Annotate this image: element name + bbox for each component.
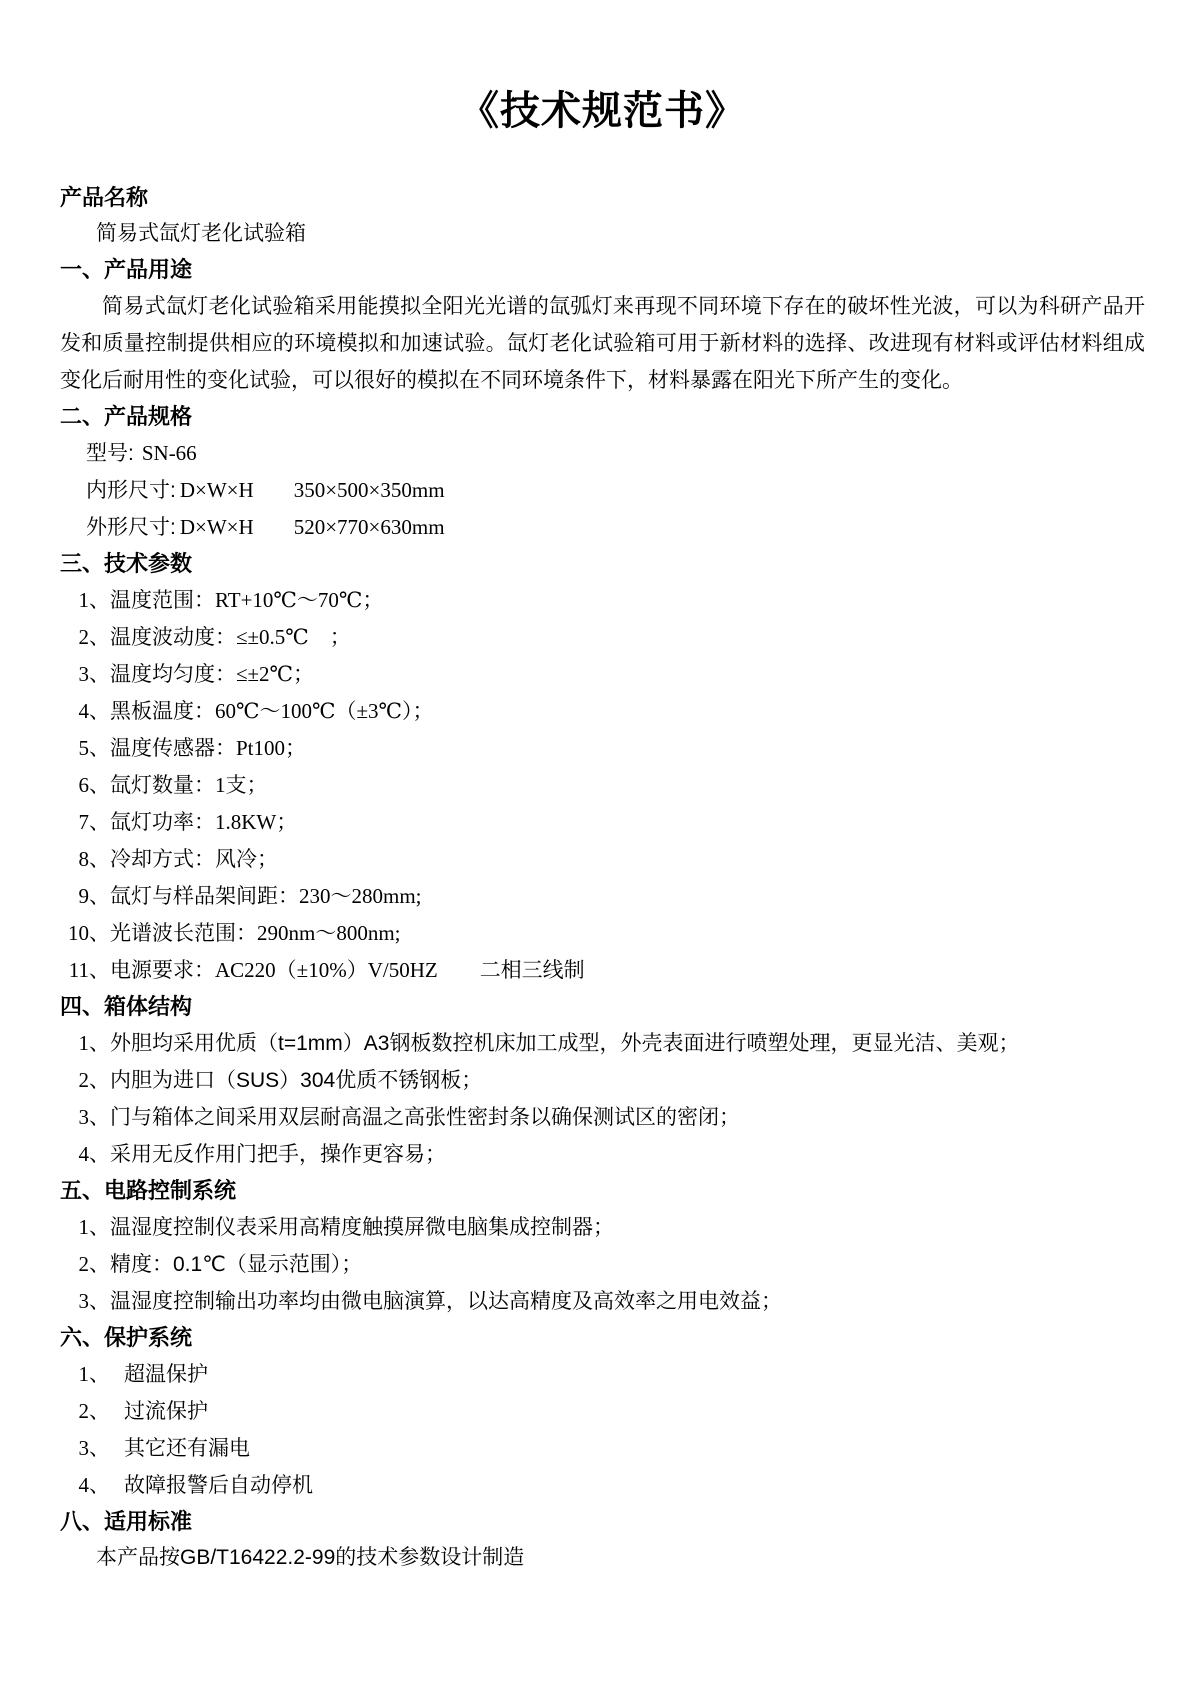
item-text: 精度：0.1℃（显示范围）； [110, 1253, 362, 1276]
item-label: 光谱波长范围： [110, 922, 257, 945]
control-item: 1、温湿度控制仪表采用高精度触摸屏微电脑集成控制器； [60, 1209, 1145, 1246]
item-number: 4、 [60, 693, 110, 729]
item-number: 1、 [60, 582, 110, 618]
item-value: AC220（±10%）V/50HZ [215, 958, 438, 982]
tech-item: 1、温度范围：RT+10℃～70℃； [60, 582, 1145, 619]
spec-inner-dim: D×W×H [180, 478, 254, 502]
spec-outer-label: 外形尺寸: [86, 516, 176, 539]
item-number: 3、 [60, 1430, 110, 1466]
item-value: Pt100； [236, 736, 306, 760]
item-text: 内胆为进口（SUS）304优质不锈钢板； [110, 1069, 482, 1092]
spec-model-value: SN-66 [142, 441, 197, 465]
structure-item: 3、门与箱体之间采用双层耐高温之高张性密封条以确保测试区的密闭； [60, 1099, 1145, 1136]
item-number: 2、 [60, 619, 110, 655]
spec-outer-value: 520×770×630mm [294, 515, 445, 539]
item-number: 2、 [60, 1246, 110, 1282]
product-name-value: 简易式氙灯老化试验箱 [60, 216, 1145, 252]
item-value: 1支； [215, 773, 268, 797]
spec-outer-row: 外形尺寸:D×W×H520×770×630mm [60, 509, 1145, 546]
item-number: 3、 [60, 656, 110, 692]
item-text: 温湿度控制输出功率均由微电脑演算，以达高精度及高效率之用电效益； [110, 1290, 782, 1313]
spec-outer-dim: D×W×H [180, 515, 254, 539]
section-standard-heading: 八、适用标准 [60, 1504, 1145, 1540]
item-label: 温度均匀度： [110, 663, 236, 686]
item-value: ≤±0.5℃ ； [236, 625, 351, 649]
tech-item: 11、电源要求：AC220（±10%）V/50HZ二相三线制 [60, 952, 1145, 989]
item-value: 230～280mm; [299, 884, 422, 908]
item-label: 氙灯功率： [110, 811, 215, 834]
tech-item: 10、光谱波长范围：290nm～800nm; [60, 915, 1145, 952]
standard-paragraph: 本产品按GB/T16422.2-99的技术参数设计制造 [60, 1540, 1145, 1576]
section-specs-heading: 二、产品规格 [60, 399, 1145, 435]
item-number: 3、 [60, 1099, 110, 1135]
tech-item: 5、温度传感器：Pt100； [60, 730, 1145, 767]
spec-inner-value: 350×500×350mm [294, 478, 445, 502]
tech-item: 9、氙灯与样品架间距：230～280mm; [60, 878, 1145, 915]
tech-item: 6、氙灯数量：1支； [60, 767, 1145, 804]
item-number: 8、 [60, 841, 110, 877]
document-page: 《技术规范书》 产品名称 简易式氙灯老化试验箱 一、产品用途 简易式氙灯老化试验… [0, 0, 1200, 1576]
item-label: 电源要求： [110, 959, 215, 982]
item-number: 1、 [60, 1209, 110, 1245]
item-label: 温度传感器： [110, 737, 236, 760]
section-protection-heading: 六、保护系统 [60, 1320, 1145, 1356]
structure-item: 2、内胆为进口（SUS）304优质不锈钢板； [60, 1062, 1145, 1099]
item-number: 4、 [60, 1136, 110, 1172]
section-tech-heading: 三、技术参数 [60, 546, 1145, 582]
spec-model-row: 型号:SN-66 [60, 435, 1145, 472]
item-text: 故障报警后自动停机 [124, 1474, 313, 1497]
structure-item: 4、采用无反作用门把手，操作更容易； [60, 1136, 1145, 1173]
item-label: 冷却方式： [110, 848, 215, 871]
item-suffix: 二相三线制 [480, 959, 585, 982]
section-structure-heading: 四、箱体结构 [60, 989, 1145, 1025]
item-text: 过流保护 [124, 1400, 208, 1423]
spec-model-label: 型号: [86, 442, 134, 465]
spec-inner-row: 内形尺寸:D×W×H350×500×350mm [60, 472, 1145, 509]
item-number: 6、 [60, 767, 110, 803]
item-text: 超温保护 [124, 1363, 208, 1386]
tech-item: 2、温度波动度：≤±0.5℃ ； [60, 619, 1145, 656]
section-control-heading: 五、电路控制系统 [60, 1173, 1145, 1209]
tech-item: 4、黑板温度：60℃～100℃（±3℃）； [60, 693, 1145, 730]
item-value: RT+10℃～70℃； [215, 588, 383, 612]
section-usage-heading: 一、产品用途 [60, 252, 1145, 288]
protection-item: 3、其它还有漏电 [60, 1430, 1145, 1467]
item-value: 290nm～800nm; [257, 921, 401, 945]
item-label: 氙灯数量： [110, 774, 215, 797]
control-item: 3、温湿度控制输出功率均由微电脑演算，以达高精度及高效率之用电效益； [60, 1283, 1145, 1320]
item-label: 温度范围： [110, 589, 215, 612]
item-text: 采用无反作用门把手，操作更容易； [110, 1143, 446, 1166]
item-number: 5、 [60, 730, 110, 766]
item-text: 外胆均采用优质（t=1mm）A3钢板数控机床加工成型，外壳表面进行喷塑处理，更显… [110, 1032, 1019, 1055]
usage-paragraph: 简易式氙灯老化试验箱采用能摸拟全阳光光谱的氙弧灯来再现不同环境下存在的破坏性光波… [60, 288, 1145, 399]
item-number: 2、 [60, 1393, 110, 1429]
item-number: 9、 [60, 878, 110, 914]
tech-item: 7、氙灯功率：1.8KW； [60, 804, 1145, 841]
item-number: 2、 [60, 1062, 110, 1098]
item-value: ≤±2℃； [236, 662, 314, 686]
item-label: 氙灯与样品架间距： [110, 885, 299, 908]
item-number: 10、 [60, 915, 110, 951]
control-item: 2、精度：0.1℃（显示范围）； [60, 1246, 1145, 1283]
item-text: 其它还有漏电 [124, 1437, 250, 1460]
doc-title: 《技术规范书》 [60, 86, 1145, 136]
protection-item: 2、过流保护 [60, 1393, 1145, 1430]
item-label: 温度波动度： [110, 626, 236, 649]
item-text: 温湿度控制仪表采用高精度触摸屏微电脑集成控制器； [110, 1216, 614, 1239]
spec-inner-label: 内形尺寸: [86, 479, 176, 502]
item-label: 黑板温度： [110, 700, 215, 723]
product-name-heading: 产品名称 [60, 180, 1145, 216]
item-number: 7、 [60, 804, 110, 840]
item-number: 3、 [60, 1283, 110, 1319]
protection-item: 4、故障报警后自动停机 [60, 1467, 1145, 1504]
structure-item: 1、外胆均采用优质（t=1mm）A3钢板数控机床加工成型，外壳表面进行喷塑处理，… [60, 1025, 1145, 1062]
item-number: 4、 [60, 1467, 110, 1503]
item-number: 1、 [60, 1356, 110, 1392]
tech-item: 8、冷却方式：风冷； [60, 841, 1145, 878]
item-value: 1.8KW； [215, 810, 297, 834]
item-text: 门与箱体之间采用双层耐高温之高张性密封条以确保测试区的密闭； [110, 1106, 740, 1129]
item-number: 11、 [60, 952, 110, 988]
item-value: 60℃～100℃（±3℃）； [215, 699, 434, 723]
item-value: 风冷； [215, 848, 278, 871]
item-number: 1、 [60, 1025, 110, 1061]
tech-item: 3、温度均匀度：≤±2℃； [60, 656, 1145, 693]
protection-item: 1、超温保护 [60, 1356, 1145, 1393]
